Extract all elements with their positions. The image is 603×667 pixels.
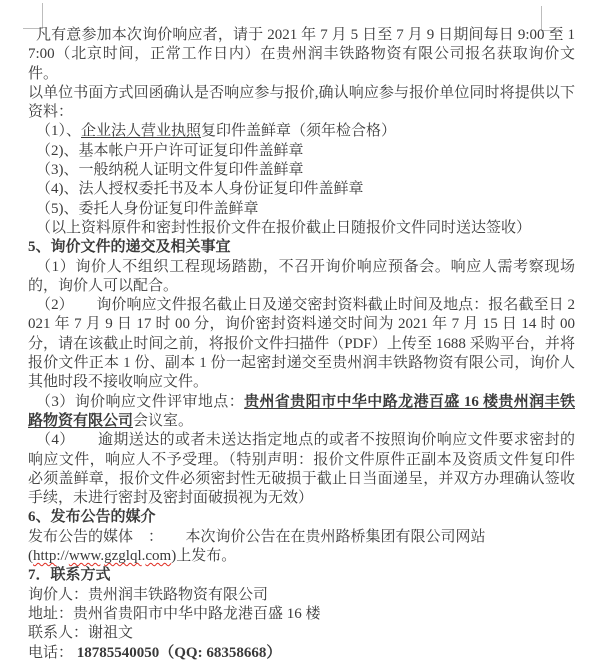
text-run: （1）、 [36,123,81,139]
text-run: :// [56,548,69,564]
para-website-url: (http://www.gzglql.com)上发布。 [28,547,575,566]
text-run: )上发布。 [171,548,236,564]
text-run: （5)、委托人身份证复印件盖鲜章 [36,201,259,217]
text-run: 电话： [28,645,77,661]
list-item-3: （3)、一般纳税人证明文件复印件盖鲜章 [28,161,575,180]
heading-section-7: 7．联系方式 [28,566,575,585]
text-run: （3）询价响应文件评审地点： [36,394,244,410]
text-run: 发布公告的媒体 ： 本次询价公告在在贵州路桥集团有限公司网站 [28,529,486,545]
text-run: （4） 逾期送达的或者未送达指定地点的或者不按照询价响应文件要求密封的响应文件，… [28,432,575,506]
list-item-1: （1）、企业法人营业执照复印件盖鲜章（须年检合格） [28,122,575,141]
document-page: 凡有意参加本次询价响应者，请于 2021 年 7 月 5 日至 7 月 9 日期… [0,0,603,667]
para-5-4-late-delivery: （4） 逾期送达的或者未送达指定地点的或者不按照询价响应文件要求密封的响应文件，… [28,431,575,508]
text-run: （1）询价人不组织工程现场踏勘，不召开询价响应预备会。响应人需考察现场的，询价人… [28,259,575,294]
text-run-bold-phone: 18785540050（QQ: 68358668） [77,645,282,661]
heading-text: 5、询价文件的递交及相关事宜 [28,239,231,255]
heading-section-6: 6、发布公告的媒介 [28,508,575,527]
text-run: 会议室。 [133,413,193,429]
text-run-spellcheck: gzglql [104,548,142,564]
para-registration-period: 凡有意参加本次询价响应者，请于 2021 年 7 月 5 日至 7 月 9 日期… [28,26,575,84]
text-run: （以上资料原件和密封性报价文件在报价截止日随报价文件同时送达签收） [36,220,531,236]
text-run-underlined: 企业法人营业执照 [81,123,201,139]
text-run: （2)、基本帐户开户许可证复印件盖鲜章 [36,143,304,159]
para-announcement-media: 发布公告的媒体 ： 本次询价公告在在贵州路桥集团有限公司网站 [28,528,575,547]
list-item-5: （5)、委托人身份证复印件盖鲜章 [28,200,575,219]
heading-text: 6、发布公告的媒介 [28,509,156,525]
para-contact-person: 联系人：谢祖文 [28,624,575,643]
document-body: 凡有意参加本次询价响应者，请于 2021 年 7 月 5 日至 7 月 9 日期… [28,26,575,663]
text-run-spellcheck: com [145,548,171,564]
heading-section-5: 5、询价文件的递交及相关事宜 [28,238,575,257]
text-run-spellcheck: www [69,548,101,564]
para-phone: 电话： 18785540050（QQ: 68358668） [28,644,575,663]
para-inquirer-name: 询价人：贵州润丰铁路物资有限公司 [28,586,575,605]
para-address: 地址：贵州省贵阳市中华中路龙港百盛 16 楼 [28,605,575,624]
para-original-documents-note: （以上资料原件和密封性报价文件在报价截止日随报价文件同时送达签收） [28,219,575,238]
text-run: （3)、一般纳税人证明文件复印件盖鲜章 [36,162,304,178]
text-run: 以单位书面方式回函确认是否响应参与报价,确认响应参与报价单位同时将提供以下资料： [28,85,575,120]
text-run: 询价人：贵州润丰铁路物资有限公司 [28,587,268,603]
para-5-2-deadline: （2） 询价响应文件报名截止日及递交密封资料截止时间及地点：报名截至日 2021… [28,296,575,392]
para-reply-confirmation: 以单位书面方式回函确认是否响应参与报价,确认响应参与报价单位同时将提供以下资料： [28,84,575,123]
text-run: 地址：贵州省贵阳市中华中路龙港百盛 16 楼 [28,606,321,622]
list-item-4: （4)、法人授权委托书及本人身份证复印件盖鲜章 [28,180,575,199]
heading-text: 7．联系方式 [28,567,111,583]
text-run: 复印件盖鲜章（须年检合格） [201,123,396,139]
para-5-1-site-visit: （1）询价人不组织工程现场踏勘，不召开询价响应预备会。响应人需考察现场的，询价人… [28,258,575,297]
text-run: 联系人：谢祖文 [28,625,133,641]
text-run: 凡有意参加本次询价响应者，请于 2021 年 7 月 5 日至 7 月 9 日期… [28,27,575,82]
text-run: （4)、法人授权委托书及本人身份证复印件盖鲜章 [36,181,364,197]
text-run-spellcheck: http [33,548,56,564]
para-5-3-review-location: （3）询价响应文件评审地点：贵州省贵阳市中华中路龙港百盛 16 楼贵州润丰铁路物… [28,393,575,432]
list-item-2: （2)、基本帐户开户许可证复印件盖鲜章 [28,142,575,161]
text-run: （2） 询价响应文件报名截止日及递交密封资料截止时间及地点：报名截至日 2021… [28,297,575,390]
